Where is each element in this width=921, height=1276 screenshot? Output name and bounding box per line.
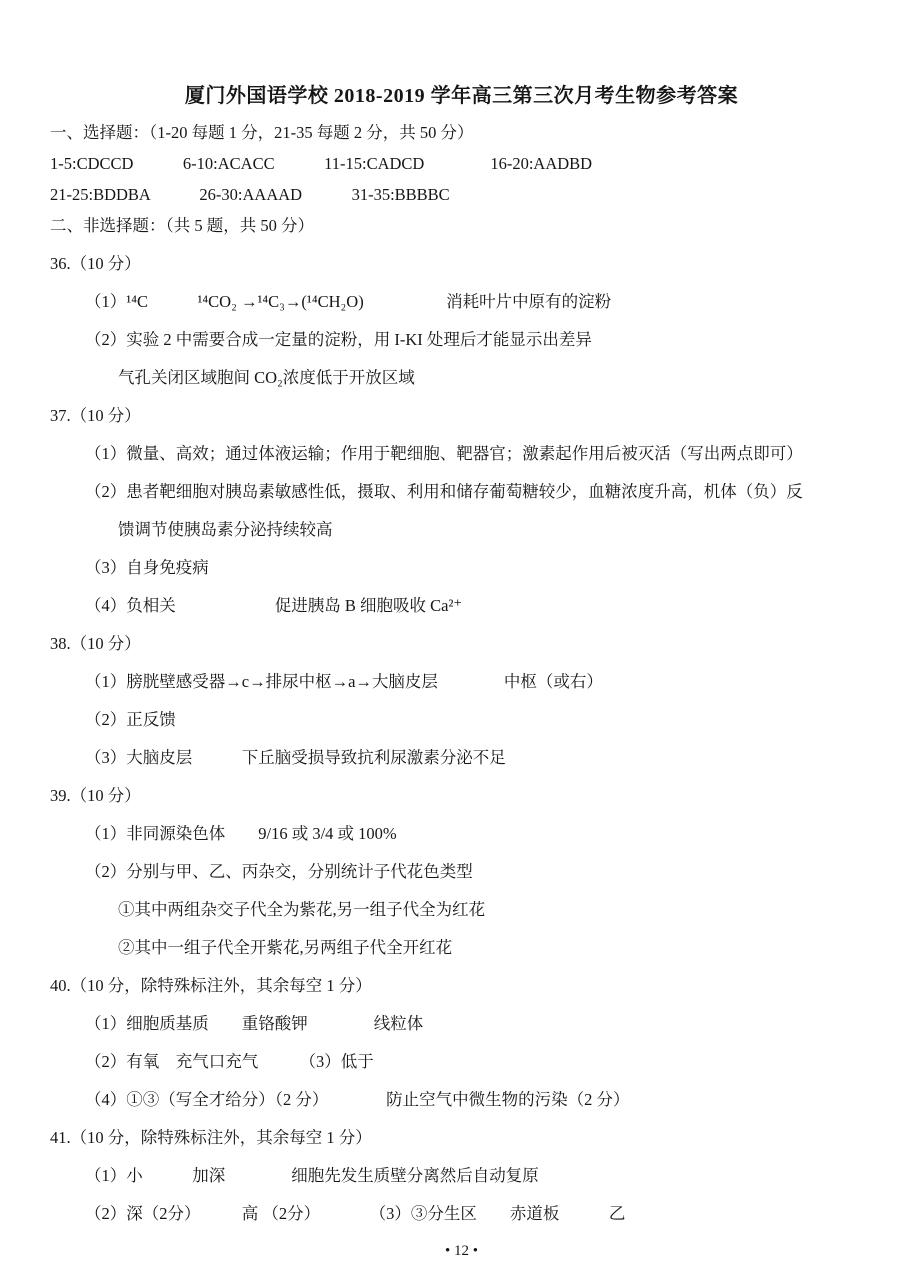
q38-answer-3: （3）大脑皮层 下丘脑受损导致抗利尿激素分泌不足 — [50, 747, 873, 769]
q39-head: 39.（10 分） — [50, 785, 873, 807]
nonchoice-section-header: 二、非选择题：（共 5 题，共 50 分） — [50, 215, 873, 237]
q37-answer-4: （4）负相关 促进胰岛 B 细胞吸收 Ca²⁺ — [50, 595, 873, 617]
q41-head: 41.（10 分，除特殊标注外，其余每空 1 分） — [50, 1127, 873, 1149]
q40-answer-2-3: （2）有氧 充气口充气 （3）低于 — [50, 1051, 873, 1073]
q36-answer-2: （2）实验 2 中需要合成一定量的淀粉，用 I-KI 处理后才能显示出差异 — [50, 329, 873, 351]
page-number: • 12 • — [50, 1241, 873, 1261]
q40-answer-4: （4）①③（写全才给分）（2 分） 防止空气中微生物的污染（2 分） — [50, 1089, 873, 1111]
q39-answer-2-sub1: ①其中两组杂交子代全为紫花,另一组子代全为红花 — [50, 899, 873, 921]
q40-answer-1: （1）细胞质基质 重铬酸钾 线粒体 — [50, 1013, 873, 1035]
answers-row-1-20: 1-5:CDCCD 6-10:ACACC 11-15:CADCD 16-20:A… — [50, 153, 873, 175]
q39-answer-1: （1）非同源染色体 9/16 或 3/4 或 100% — [50, 823, 873, 845]
q36-answer-1: （1）¹⁴C ¹⁴CO₂ →¹⁴C₃→(¹⁴CH₂O) 消耗叶片中原有的淀粉 — [50, 291, 873, 313]
q37-answer-2-cont: 馈调节使胰岛素分泌持续较高 — [50, 519, 873, 541]
q38-answer-1: （1）膀胱壁感受器→c→排尿中枢→a→大脑皮层 中枢（或右） — [50, 671, 873, 693]
q37-head: 37.（10 分） — [50, 405, 873, 427]
q37-answer-3: （3）自身免疫病 — [50, 557, 873, 579]
q41-answer-1: （1）小 加深 细胞先发生质壁分离然后自动复原 — [50, 1165, 873, 1187]
q38-answer-2: （2）正反馈 — [50, 709, 873, 731]
q41-answer-2-3: （2）深（2分） 高 （2分） （3）③分生区 赤道板 乙 — [50, 1203, 873, 1225]
document-page: 厦门外国语学校 2018-2019 学年高三第三次月考生物参考答案 一、选择题：… — [0, 0, 921, 1276]
page-title: 厦门外国语学校 2018-2019 学年高三第三次月考生物参考答案 — [50, 82, 873, 110]
answers-row-21-35: 21-25:BDDBA 26-30:AAAAD 31-35:BBBBC — [50, 184, 873, 206]
q36-head: 36.（10 分） — [50, 253, 873, 275]
answer-lines: 一、选择题：（1-20 每题 1 分，21-35 每题 2 分，共 50 分）1… — [50, 122, 873, 1225]
q40-head: 40.（10 分，除特殊标注外，其余每空 1 分） — [50, 975, 873, 997]
q39-answer-2-sub2: ②其中一组子代全开紫花,另两组子代全开红花 — [50, 937, 873, 959]
q37-answer-1: （1）微量、高效；通过体液运输；作用于靶细胞、靶器官；激素起作用后被灭活（写出两… — [50, 443, 873, 465]
q36-answer-2-cont: 气孔关闭区域胞间 CO₂浓度低于开放区域 — [50, 367, 873, 389]
q38-head: 38.（10 分） — [50, 633, 873, 655]
q39-answer-2: （2）分别与甲、乙、丙杂交，分别统计子代花色类型 — [50, 861, 873, 883]
q37-answer-2: （2）患者靶细胞对胰岛素敏感性低，摄取、利用和储存葡萄糖较少，血糖浓度升高，机体… — [50, 481, 873, 503]
choice-section-header: 一、选择题：（1-20 每题 1 分，21-35 每题 2 分，共 50 分） — [50, 122, 873, 144]
